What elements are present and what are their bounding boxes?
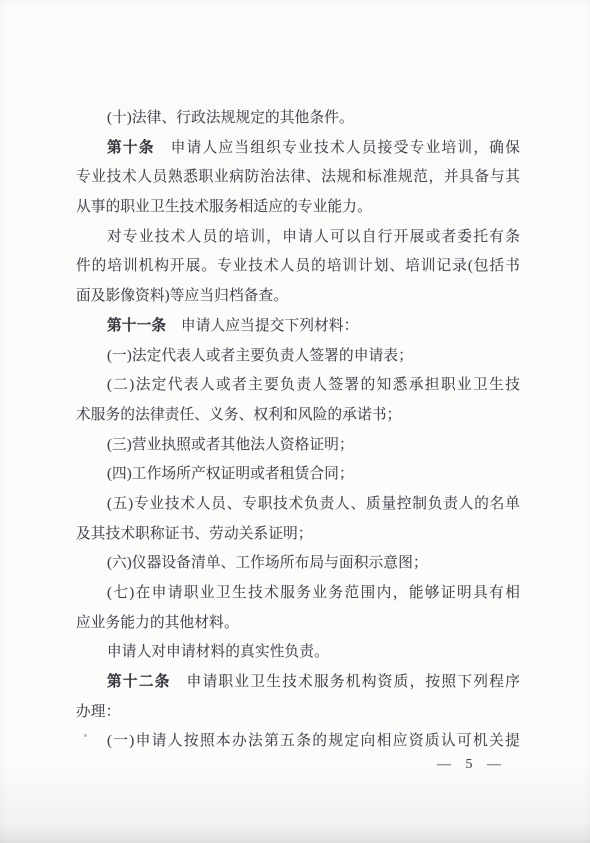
text-line: 术服务的法律责任、义务、权利和风险的承诺书； <box>76 401 520 431</box>
text-segment: 申请人对申请材料的真实性负责。 <box>107 644 329 660</box>
text-segment: 及其技术职称证书、劳动关系证明； <box>76 526 313 542</box>
text-segment: 申请人应当提交下列材料： <box>166 318 358 334</box>
text-segment: (五)专业技术人员、专职技术负责人、质量控制负责人的名单 <box>107 496 520 512</box>
scan-speck-artifact <box>84 734 87 737</box>
text-line: (六)仪器设备清单、工作场所布局与面积示意图； <box>76 549 520 579</box>
text-segment: 从事的职业卫生技术服务相适应的专业能力。 <box>76 199 372 215</box>
text-line: (二)法定代表人或者主要负责人签署的知悉承担职业卫生技 <box>76 371 520 401</box>
text-line: 应业务能力的其他材料。 <box>76 609 520 639</box>
text-segment: 申请职业卫生技术服务机构资质，按照下列程序 <box>171 674 520 690</box>
text-segment: (六)仪器设备清单、工作场所布局与面积示意图； <box>107 555 428 571</box>
text-segment: 面及影像资料)等应当归档备查。 <box>76 288 288 304</box>
text-line: (十)法律、行政法规规定的其他条件。 <box>76 104 520 134</box>
text-line: 专业技术人员熟悉职业病防治法律、法规和标准规范，并具备与其 <box>76 163 520 193</box>
text-line: 面及影像资料)等应当归档备查。 <box>76 282 520 312</box>
text-line: (三)营业执照或者其他法人资格证明； <box>76 431 520 461</box>
text-segment: 应业务能力的其他材料。 <box>76 615 239 631</box>
document-text-block: (十)法律、行政法规规定的其他条件。第十条 申请人应当组织专业技术人员接受专业培… <box>76 104 520 757</box>
text-line: 第十条 申请人应当组织专业技术人员接受专业培训，确保 <box>76 134 520 164</box>
text-line: 第十二条 申请职业卫生技术服务机构资质，按照下列程序 <box>76 668 520 698</box>
text-segment: 术服务的法律责任、义务、权利和风险的承诺书； <box>76 407 401 423</box>
text-line: 第十一条 申请人应当提交下列材料： <box>76 312 520 342</box>
text-segment: (一)法定代表人或者主要负责人签署的申请表； <box>107 348 413 364</box>
text-line: (四)工作场所产权证明或者租赁合同； <box>76 460 520 490</box>
text-segment: 对专业技术人员的培训，申请人可以自行开展或者委托有条 <box>107 229 520 245</box>
text-line: 申请人对申请材料的真实性负责。 <box>76 638 520 668</box>
scanned-document-page: (十)法律、行政法规规定的其他条件。第十条 申请人应当组织专业技术人员接受专业培… <box>0 0 590 843</box>
text-line: 从事的职业卫生技术服务相适应的专业能力。 <box>76 193 520 223</box>
text-line: 及其技术职称证书、劳动关系证明； <box>76 520 520 550</box>
article-heading: 第十二条 <box>107 674 171 690</box>
text-segment: (四)工作场所产权证明或者租赁合同； <box>107 466 354 482</box>
article-heading: 第十一条 <box>107 318 166 334</box>
text-segment: (七)在申请职业卫生技术服务业务范围内，能够证明具有相 <box>107 585 520 601</box>
text-segment: 办理： <box>76 704 120 720</box>
text-line: (一)法定代表人或者主要负责人签署的申请表； <box>76 342 520 372</box>
text-segment: 件的培训机构开展。专业技术人员的培训计划、培训记录(包括书 <box>76 258 520 274</box>
text-line: (一)申请人按照本办法第五条的规定向相应资质认可机关提 <box>76 727 520 757</box>
page-number: — 5 — <box>437 757 502 773</box>
text-segment: 申请人应当组织专业技术人员接受专业培训，确保 <box>155 140 520 156</box>
text-segment: 专业技术人员熟悉职业病防治法律、法规和标准规范，并具备与其 <box>76 169 520 185</box>
text-line: 对专业技术人员的培训，申请人可以自行开展或者委托有条 <box>76 223 520 253</box>
text-line: 办理： <box>76 698 520 728</box>
text-segment: (一)申请人按照本办法第五条的规定向相应资质认可机关提 <box>107 733 520 749</box>
article-heading: 第十条 <box>107 140 155 156</box>
text-line: (五)专业技术人员、专职技术负责人、质量控制负责人的名单 <box>76 490 520 520</box>
text-line: (七)在申请职业卫生技术服务业务范围内，能够证明具有相 <box>76 579 520 609</box>
text-segment: (二)法定代表人或者主要负责人签署的知悉承担职业卫生技 <box>107 377 520 393</box>
text-segment: (十)法律、行政法规规定的其他条件。 <box>107 110 354 126</box>
text-line: 件的培训机构开展。专业技术人员的培训计划、培训记录(包括书 <box>76 252 520 282</box>
text-segment: (三)营业执照或者其他法人资格证明； <box>107 437 354 453</box>
